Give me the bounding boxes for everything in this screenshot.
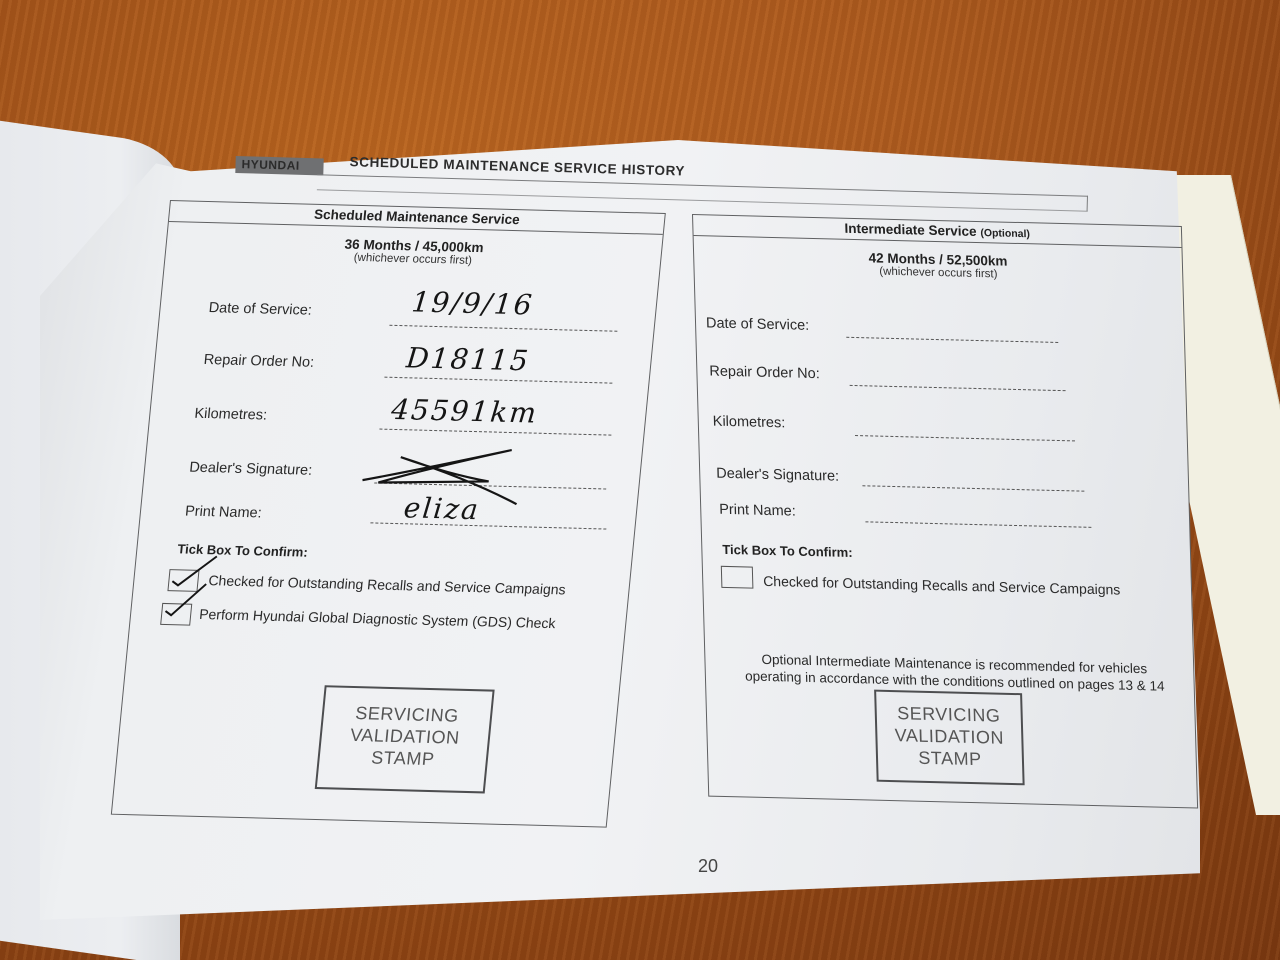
dealer-signature-line[interactable] [862,485,1084,491]
kilometres-line[interactable] [379,429,611,436]
card-title: Scheduled Maintenance Service [169,201,665,235]
repair-order-line[interactable] [850,385,1066,391]
recalls-checkbox[interactable] [721,566,754,589]
print-name-line[interactable] [865,521,1091,528]
recalls-check-label: Checked for Outstanding Recalls and Serv… [208,572,567,597]
repair-order-label: Repair Order No: [709,363,820,382]
kilometres-line[interactable] [855,435,1075,441]
print-name-label: Print Name: [719,502,796,520]
print-name-label: Print Name: [184,504,262,522]
section-title: SCHEDULED MAINTENANCE SERVICE HISTORY [349,154,685,178]
scheduled-service-card: Scheduled Maintenance Service 36 Months … [111,200,666,828]
kilometres-value: 45591km [390,393,540,430]
kilometres-label: Kilometres: [194,406,268,424]
kilometres-label: Kilometres: [713,414,786,432]
date-of-service-label: Date of Service: [208,300,313,319]
dealer-signature-label: Dealer's Signature: [189,460,313,479]
recalls-check-label: Checked for Outstanding Recalls and Serv… [763,573,1121,598]
page-header: HYUNDAI SCHEDULED MAINTENANCE SERVICE HI… [235,148,1096,212]
date-of-service-line[interactable] [846,337,1058,343]
service-history-sheet: HYUNDAI SCHEDULED MAINTENANCE SERVICE HI… [0,0,1280,960]
tick-box-heading: Tick Box To Confirm: [722,542,853,560]
servicing-validation-stamp-box: SERVICING VALIDATION STAMP [315,685,495,793]
date-of-service-line[interactable] [389,325,617,332]
print-name-value: eliza [402,491,481,526]
card-title-text: Intermediate Service [844,221,976,239]
intermediate-service-card: Intermediate Service (Optional) 42 Month… [692,214,1198,809]
servicing-validation-stamp-box: SERVICING VALIDATION STAMP [874,690,1025,786]
gds-check-label: Perform Hyundai Global Diagnostic System… [199,606,557,631]
brand-label: HYUNDAI [235,156,323,175]
page-number: 20 [698,856,718,877]
repair-order-line[interactable] [384,377,612,384]
date-of-service-label: Date of Service: [706,315,810,334]
repair-order-value: D18115 [405,341,532,377]
repair-order-label: Repair Order No: [203,352,315,371]
card-title: Intermediate Service (Optional) [693,215,1181,248]
intermediate-maintenance-note: Optional Intermediate Maintenance is rec… [719,650,1190,696]
stamp-line-2: VALIDATION [877,724,1022,750]
optional-label: (Optional) [980,227,1030,240]
date-of-service-value: 19/9/16 [410,285,535,321]
stamp-line-3: STAMP [319,745,487,771]
dealer-signature-label: Dealer's Signature: [716,466,839,485]
stamp-line-3: STAMP [878,746,1023,772]
